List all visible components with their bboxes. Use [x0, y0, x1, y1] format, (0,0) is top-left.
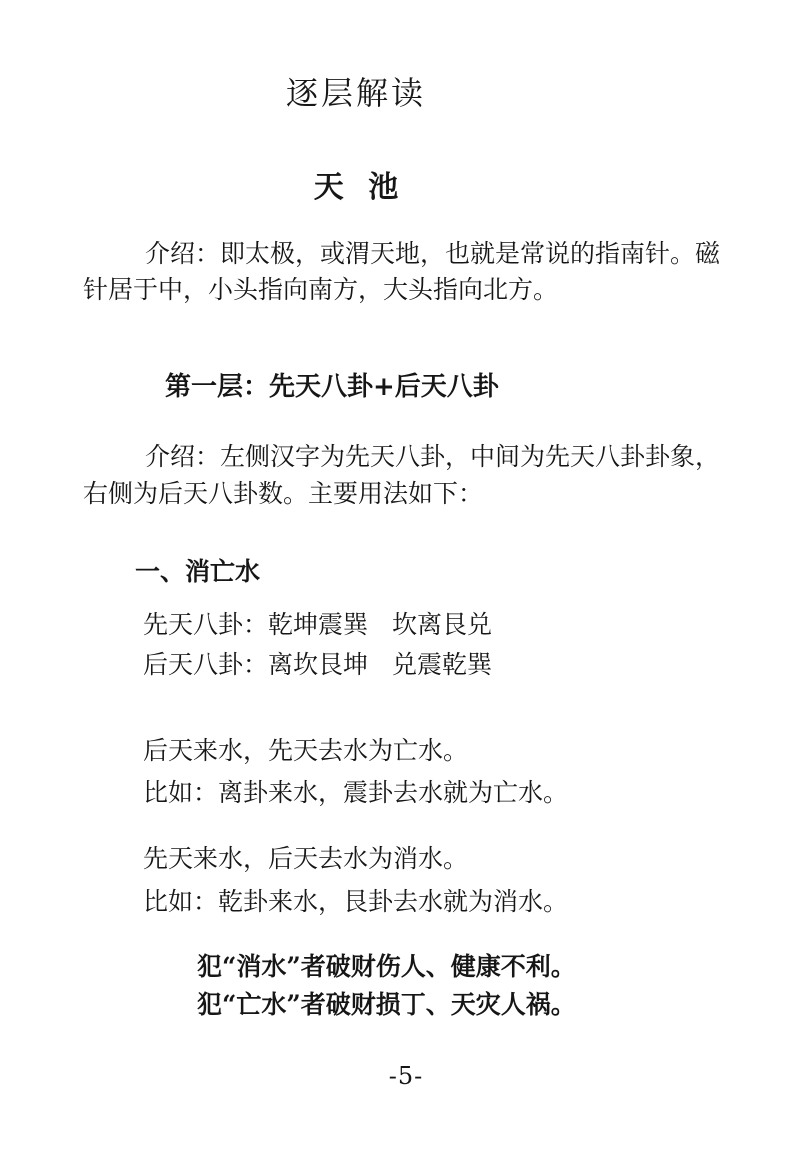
wang-shui-paragraph: 后天来水，先天去水为亡水。 比如：离卦来水，震卦去水就为亡水。 — [143, 730, 791, 814]
bagua-houtian-line: 后天八卦：离坎艮坤 兑震乾巽 — [143, 645, 791, 685]
heading-layer1: 第一层：先天八卦+后天八卦 — [165, 366, 499, 403]
warning-xiao-shui-line: 犯“消水”者破财伤人、健康不利。 — [197, 948, 812, 986]
intro-line-2: 针居于中，小头指向南方，大头指向北方。 — [83, 272, 731, 308]
page-number: -5- — [0, 1062, 812, 1090]
xiao-shui-example-line: 比如：乾卦来水，艮卦去水就为消水。 — [143, 880, 791, 923]
warning-wang-shui-line: 犯“亡水”者破财损丁、天灾人祸。 — [197, 986, 812, 1024]
layer1-desc-line-1: 介绍：左侧汉字为先天八卦，中间为先天八卦卦象， — [83, 438, 731, 475]
intro-line-1: 介绍：即太极，或渭天地，也就是常说的指南针。磁 — [83, 236, 731, 272]
xiao-shui-rule-line: 先天来水，后天去水为消水。 — [143, 837, 791, 880]
layer1-description: 介绍：左侧汉字为先天八卦，中间为先天八卦卦象， 右侧为后天八卦数。主要用法如下： — [83, 438, 731, 512]
wang-shui-rule-line: 后天来水，先天去水为亡水。 — [143, 730, 791, 772]
bagua-xiantian-line: 先天八卦：乾坤震巽 坎离艮兑 — [143, 605, 791, 645]
document-page: 逐层解读 天 池 介绍：即太极，或渭天地，也就是常说的指南针。磁 针居于中，小头… — [0, 0, 812, 1154]
wang-shui-example-line: 比如：离卦来水，震卦去水就为亡水。 — [143, 772, 791, 814]
intro-paragraph: 介绍：即太极，或渭天地，也就是常说的指南针。磁 针居于中，小头指向南方，大头指向… — [83, 236, 731, 308]
page-title: 逐层解读 — [0, 74, 712, 112]
warning-paragraph: 犯“消水”者破财伤人、健康不利。 犯“亡水”者破财损丁、天灾人祸。 — [197, 948, 812, 1024]
subheading-xiaowang-shui: 一、消亡水 — [135, 552, 260, 588]
xiao-shui-paragraph: 先天来水，后天去水为消水。 比如：乾卦来水，艮卦去水就为消水。 — [143, 837, 791, 923]
section-title-tianchi: 天 池 — [0, 170, 712, 206]
bagua-order-lines: 先天八卦：乾坤震巽 坎离艮兑 后天八卦：离坎艮坤 兑震乾巽 — [143, 605, 791, 685]
layer1-desc-line-2: 右侧为后天八卦数。主要用法如下： — [83, 475, 731, 512]
